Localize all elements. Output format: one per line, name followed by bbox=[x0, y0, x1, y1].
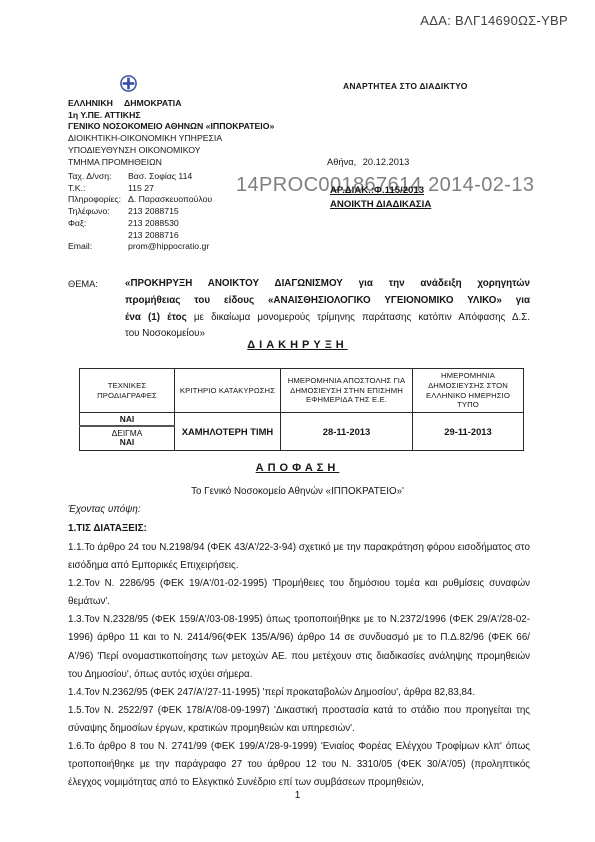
contact-label: Ταχ. Δ/νση: bbox=[68, 171, 128, 183]
provision-item-1-4: 1.4.Τον Ν.2362/95 (ΦΕΚ 247/Α'/27-11-1995… bbox=[68, 684, 530, 702]
contact-label: Πληροφορίες: bbox=[68, 194, 128, 206]
eu-dispatch-date: 28-11-2013 bbox=[281, 413, 413, 451]
header-cell-eu-date: ΗΜΕΡΟΜΗΝΙΑ ΑΠΟΣΤΟΛΗΣ ΓΙΑ ΔΗΜΟΣΙΕΥΣΗ ΣΤΗΝ… bbox=[281, 369, 413, 413]
contact-value: 213 2088716 bbox=[128, 230, 179, 242]
subject-line: ένα (1) έτος με δικαίωμα μονομερούς τρίμ… bbox=[125, 310, 530, 327]
publish-notice: ΑΝΑΡΤΗΤΕΑ ΣΤΟ ΔΙΑΔΙΚΤΥΟ bbox=[343, 81, 468, 91]
contact-label: Τηλέφωνο: bbox=[68, 206, 128, 218]
ref-number: ΑΡ.ΔΙΑΚ.:Φ.115/2013 bbox=[330, 184, 431, 198]
contact-row-fax: Φαξ: 213 2088530 bbox=[68, 218, 212, 230]
letterhead-line-hospital: ΓΕΝΙΚΟ ΝΟΣΟΚΟΜΕΙΟ ΑΘΗΝΩΝ «ΙΠΠΟΚΡΑΤΕΙΟ» bbox=[68, 121, 274, 133]
reference-block: ΑΡ.ΔΙΑΚ.:Φ.115/2013 ΑΝΟΙΚΤΗ ΔΙΑΔΙΚΑΣΙΑ bbox=[330, 184, 431, 211]
provisions-list: 1.1.Το άρθρο 24 του Ν.2198/94 (ΦΕΚ 43/Α'… bbox=[68, 539, 530, 792]
provision-item-1-6: 1.6.Το άρθρο 8 του Ν. 2741/99 (ΦΕΚ 199/Α… bbox=[68, 738, 530, 792]
letterhead-line-republic: ΕΛΛΗΝΙΚΗ ΔΗΜΟΚΡΑΤΙΑ bbox=[68, 98, 274, 110]
contact-label: Τ.Κ.: bbox=[68, 183, 128, 195]
header-cell-criterion: ΚΡΙΤΗΡΙΟ ΚΑΤΑΚΥΡΩΣΗΣ bbox=[175, 369, 281, 413]
contact-value: 213 2088530 bbox=[128, 218, 179, 230]
header-cell-press-date: ΗΜΕΡΟΜΗΝΙΑ ΔΗΜΟΣΙΕΥΣΗΣ ΣΤΟΝ ΕΛΛΗΝΙΚΟ ΗΜΕ… bbox=[413, 369, 524, 413]
contact-value: Δ. Παρασκευοπούλου bbox=[128, 194, 212, 206]
procedure-type: ΑΝΟΙΚΤΗ ΔΙΑΔΙΚΑΣΙΑ bbox=[330, 198, 431, 212]
contact-label: Email: bbox=[68, 241, 128, 253]
provisions-heading: 1.ΤΙΣ ΔΙΑΤΑΞΕΙΣ: bbox=[68, 523, 147, 534]
summary-table-header-row: ΤΕΧΝΙΚΕΣ ΠΡΟΔΙΑΓΡΑΦΕΣ ΚΡΙΤΗΡΙΟ ΚΑΤΑΚΥΡΩΣ… bbox=[80, 369, 524, 413]
provision-item-1-3: 1.3.Τον Ν.2328/95 (ΦΕΚ 159/Α'/03-08-1995… bbox=[68, 611, 530, 683]
letterhead-line-region: 1η Υ.ΠΕ. ΑΤΤΙΚΗΣ bbox=[68, 110, 274, 122]
press-date: 29-11-2013 bbox=[413, 413, 524, 451]
document-page: ΑΔΑ: ΒΛΓ14690ΩΣ-ΥΒΡ ΑΝΑΡΤΗΤΕΑ ΣΤΟ ΔΙΑΔΙΚ… bbox=[0, 0, 595, 842]
contact-row-fax2: 213 2088716 bbox=[68, 230, 212, 242]
contact-value: Βασ. Σοφίας 114 bbox=[128, 171, 192, 183]
contact-row-postcode: Τ.Κ.: 115 27 bbox=[68, 183, 212, 195]
subject-label: ΘΕΜΑ: bbox=[68, 276, 98, 293]
provision-item-1-1: 1.1.Το άρθρο 24 του Ν.2198/94 (ΦΕΚ 43/Α'… bbox=[68, 539, 530, 575]
city-date: Αθήνα, 20.12.2013 bbox=[327, 157, 409, 167]
contact-value: prom@hippocratio.gr bbox=[128, 241, 209, 253]
provision-item-1-5: 1.5.Τον Ν. 2522/97 (ΦΕΚ 178/Α'/08-09-199… bbox=[68, 702, 530, 738]
subject-line: προμήθειας του είδους «ΑΝΑΙΣΘΗΣΙΟΛΟΓΙΚΟ … bbox=[125, 293, 530, 310]
contact-value: 115 27 bbox=[128, 183, 154, 195]
greek-state-emblem-icon bbox=[120, 75, 137, 92]
decision-subtitle: Το Γενικό Νοσοκομείο Αθηνών «ΙΠΠΟΚΡΑΤΕΙΟ… bbox=[0, 486, 595, 497]
contact-row-phone: Τηλέφωνο: 213 2088715 bbox=[68, 206, 212, 218]
letterhead-line-subdivision: ΥΠΟΔΙΕΥΘΥΝΣΗ ΟΙΚΟΝΟΜΙΚΟΥ bbox=[68, 145, 274, 157]
letterhead: ΕΛΛΗΝΙΚΗ ΔΗΜΟΚΡΑΤΙΑ 1η Υ.ΠΕ. ΑΤΤΙΚΗΣ ΓΕΝ… bbox=[68, 98, 274, 168]
summary-table-row: ΝΑΙ ΧΑΜΗΛΟΤΕΡΗ ΤΙΜΗ 28-11-2013 29-11-201… bbox=[80, 413, 524, 427]
ada-number: ΑΔΑ: ΒΛΓ14690ΩΣ-ΥΒΡ bbox=[420, 13, 568, 28]
subject-section: ΘΕΜΑ: «ΠΡΟΚΗΡΥΞΗ ΑΝΟΙΚΤΟΥ ΔΙΑΓΩΝΙΣΜΟΥ γι… bbox=[68, 276, 530, 343]
header-cell-specs: ΤΕΧΝΙΚΕΣ ΠΡΟΔΙΑΓΡΑΦΕΣ bbox=[80, 369, 175, 413]
contact-value: 213 2088715 bbox=[128, 206, 179, 218]
letterhead-line-service: ΔΙΟΙΚΗΤΙΚΗ-ΟΙΚΟΝΟΜΙΚΗ ΥΠΗΡΕΣΙΑ bbox=[68, 133, 274, 145]
subject-text: «ΠΡΟΚΗΡΥΞΗ ΑΝΟΙΚΤΟΥ ΔΙΑΓΩΝΙΣΜΟΥ για την … bbox=[125, 276, 530, 343]
sample-cell: ΔΕΙΓΜΑ ΝΑΙ bbox=[80, 426, 175, 451]
page-number: 1 bbox=[0, 790, 595, 801]
contact-block: Ταχ. Δ/νση: Βασ. Σοφίας 114 Τ.Κ.: 115 27… bbox=[68, 171, 212, 253]
letterhead-line-department: ΤΜΗΜΑ ΠΡΟΜΗΘΕΙΩΝ bbox=[68, 157, 274, 169]
provision-item-1-2: 1.2.Τον Ν. 2286/95 (ΦΕΚ 19/Α'/01-02-1995… bbox=[68, 575, 530, 611]
contact-label: Φαξ: bbox=[68, 218, 128, 230]
contact-row-info: Πληροφορίες: Δ. Παρασκευοπούλου bbox=[68, 194, 212, 206]
sample-yes-value: ΝΑΙ bbox=[83, 438, 171, 448]
contact-label bbox=[68, 230, 128, 242]
declaration-title: ΔΙΑΚΗΡΥΞΗ bbox=[0, 339, 595, 351]
contact-row-email: Email: prom@hippocratio.gr bbox=[68, 241, 212, 253]
award-criterion: ΧΑΜΗΛΟΤΕΡΗ ΤΙΜΗ bbox=[175, 413, 281, 451]
having-regard: Έχοντας υπόψη: bbox=[68, 504, 141, 515]
decision-title: ΑΠΟΦΑΣΗ bbox=[0, 462, 595, 474]
specs-yes-value: ΝΑΙ bbox=[80, 413, 175, 427]
contact-row-address: Ταχ. Δ/νση: Βασ. Σοφίας 114 bbox=[68, 171, 212, 183]
subject-line: «ΠΡΟΚΗΡΥΞΗ ΑΝΟΙΚΤΟΥ ΔΙΑΓΩΝΙΣΜΟΥ για την … bbox=[125, 276, 530, 293]
summary-table: ΤΕΧΝΙΚΕΣ ΠΡΟΔΙΑΓΡΑΦΕΣ ΚΡΙΤΗΡΙΟ ΚΑΤΑΚΥΡΩΣ… bbox=[79, 368, 524, 451]
